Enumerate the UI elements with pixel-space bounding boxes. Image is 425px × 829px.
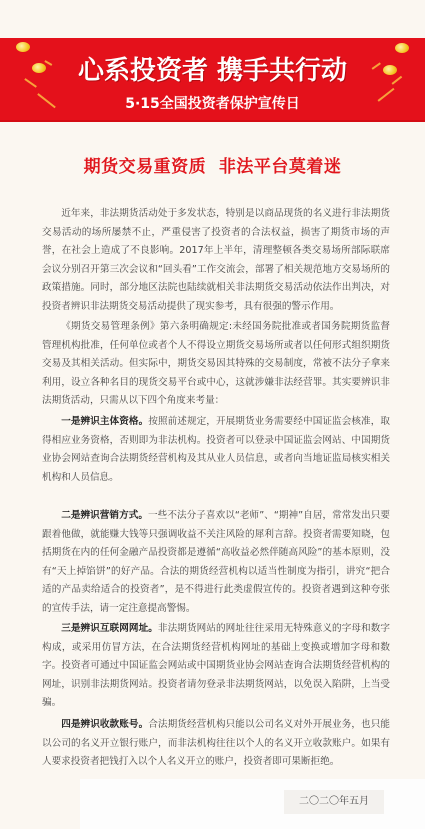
banner-title: 心系投资者 携手共行动 bbox=[0, 50, 425, 87]
paragraph-point-three: 三是辨识互联网网址。非法期货网站的网址往往采用无特殊意义的字母和数字构成，或采用… bbox=[42, 620, 390, 713]
top-margin bbox=[0, 0, 425, 38]
paragraph-point-two: 二是辨识营销方式。一些不法分子喜欢以“老师”、“期神”自居，常常发出只要跟着他做… bbox=[42, 507, 390, 619]
header-banner: 心系投资者 携手共行动 5·15全国投资者保护宣传日 bbox=[0, 38, 425, 122]
point-heading: 四是辨识收款账号。 bbox=[61, 719, 148, 730]
paragraph-text: 近年来，非法期货活动处于多发状态，特别是以商品现货的名义进行非法期货交易活动的场… bbox=[42, 205, 390, 317]
article-title: 期货交易重资质 非法平台莫着迷 bbox=[0, 152, 425, 177]
paragraph-regulation: 《期货交易管理条例》第六条明确规定:未经国务院批准或者国务院期货监督管理机构批准… bbox=[42, 318, 390, 411]
publish-date: 二〇二〇年五月 bbox=[284, 790, 384, 814]
banner-subtitle: 5·15全国投资者保护宣传日 bbox=[0, 93, 425, 113]
paragraph-point-one: 一是辨识主体资格。按照前述规定，开展期货业务需要经中国证监会核准，取得相应业务资… bbox=[42, 413, 390, 487]
paragraph-text: 非法期货网站的网址往往采用无特殊意义的字母和数字构成，或采用仿冒方法，在合法期货… bbox=[42, 623, 390, 708]
point-heading: 二是辨识营销方式。 bbox=[61, 510, 148, 521]
point-heading: 三是辨识互联网网址。 bbox=[61, 623, 158, 634]
paragraph-text: 《期货交易管理条例》第六条明确规定:未经国务院批准或者国务院期货监督管理机构批准… bbox=[42, 318, 390, 411]
paragraph-intro: 近年来，非法期货活动处于多发状态，特别是以商品现货的名义进行非法期货交易活动的场… bbox=[42, 205, 390, 317]
paragraph-text: 一些不法分子喜欢以“老师”、“期神”自居，常常发出只要跟着他做，就能赚大钱等只强… bbox=[42, 510, 390, 614]
paragraph-point-four: 四是辨识收款账号。合法期货经营机构只能以公司名义对外开展业务，也只能以公司的名义… bbox=[42, 716, 390, 772]
point-heading: 一是辨识主体资格。 bbox=[61, 416, 148, 427]
